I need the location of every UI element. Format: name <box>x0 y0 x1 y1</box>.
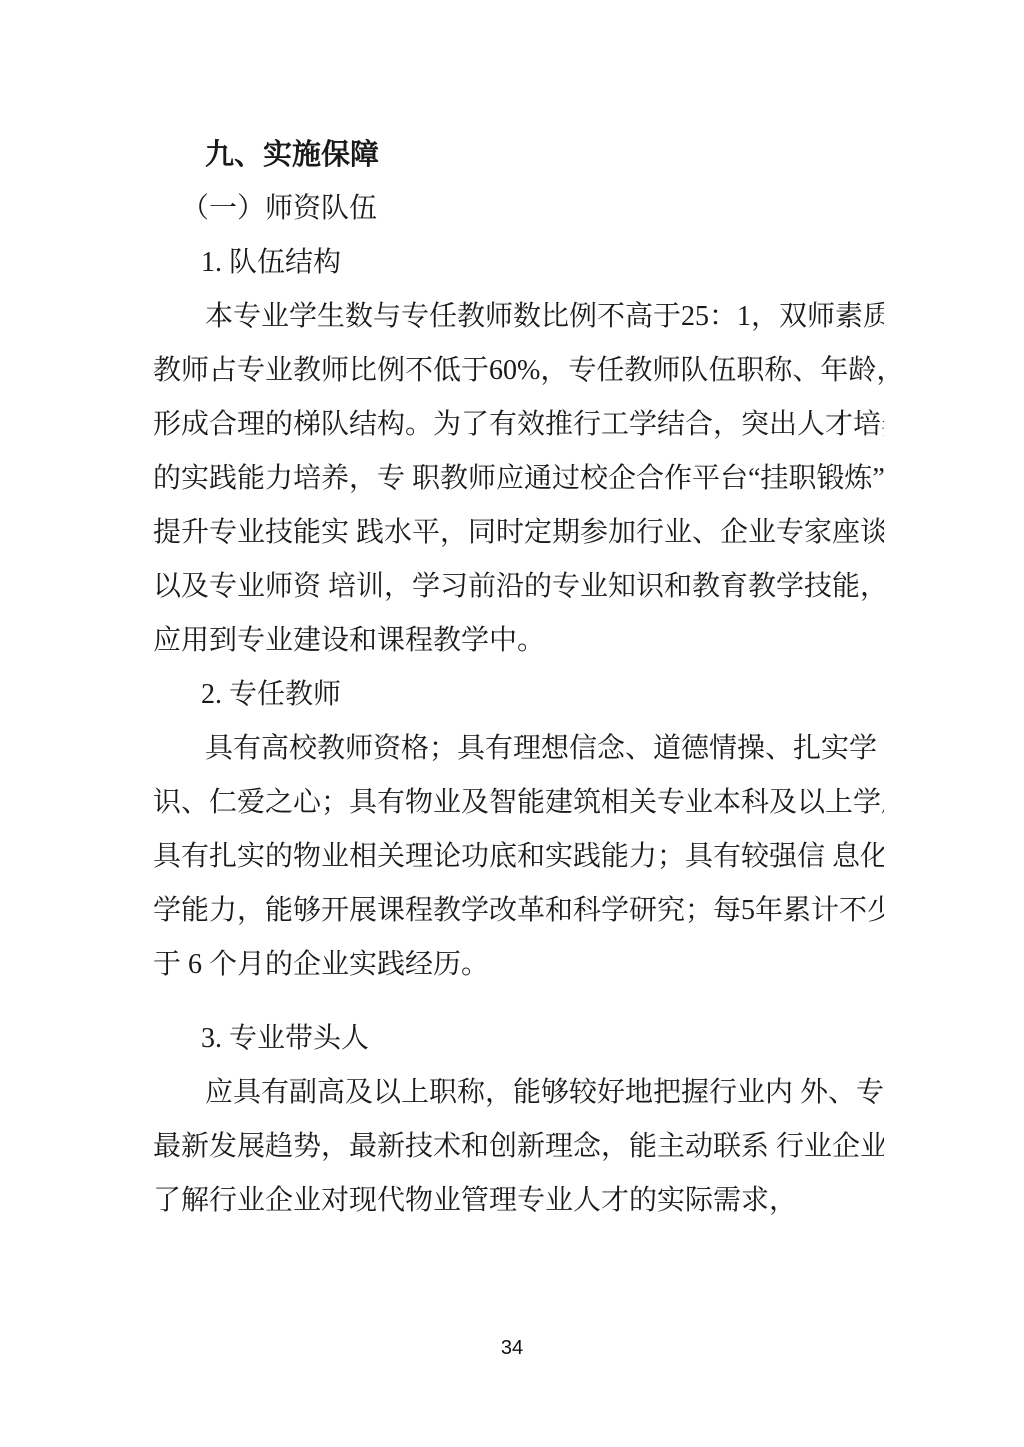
section-heading: 九、实施保障 <box>153 128 884 182</box>
text-line: 应具有副高及以上职称，能够较好地把握行业内 外、专业 <box>153 1066 884 1120</box>
text-line: 应用到专业建设和课程教学中。 <box>153 614 884 668</box>
text-line: 具有扎实的物业相关理论功底和实践能力；具有较强信 息化教 <box>153 830 884 884</box>
section-heading: （一）师资队伍 <box>153 182 884 236</box>
text-line: 了解行业企业对现代物业管理专业人才的实际需求， <box>153 1174 884 1228</box>
text-line: 的实践能力培养，专 职教师应通过校企合作平台“挂职锻炼”， <box>153 452 884 506</box>
page-number: 34 <box>0 1336 1024 1360</box>
text-line: 本专业学生数与专任教师数比例不高于25：1，双师素质 <box>153 290 884 344</box>
text-line: 教师占专业教师比例不低于60%，专任教师队伍职称、年龄， <box>153 344 884 398</box>
text-line: 于 6 个月的企业实践经历。 <box>153 938 884 992</box>
text-line: 具有高校教师资格；具有理想信念、道德情操、扎实学 <box>153 722 884 776</box>
text-line: 最新发展趋势，最新技术和创新理念，能主动联系 行业企业， <box>153 1120 884 1174</box>
text-line: 以及专业师资 培训，学习前沿的专业知识和教育教学技能，并 <box>153 560 884 614</box>
paragraph: 具有高校教师资格；具有理想信念、道德情操、扎实学识、仁爱之心；具有物业及智能建筑… <box>153 722 884 992</box>
text-line: 形成合理的梯队结构。为了有效推行工学结合，突出人才培养 <box>153 398 884 452</box>
paragraph: 应具有副高及以上职称，能够较好地把握行业内 外、专业最新发展趋势，最新技术和创新… <box>153 1066 884 1228</box>
section-heading: 3. 专业带头人 <box>153 1012 884 1066</box>
page-body: 九、实施保障（一）师资队伍1. 队伍结构本专业学生数与专任教师数比例不高于25：… <box>153 128 884 1228</box>
text-line: 识、仁爱之心；具有物业及智能建筑相关专业本科及以上学历； <box>153 776 884 830</box>
document-page: 九、实施保障（一）师资队伍1. 队伍结构本专业学生数与专任教师数比例不高于25：… <box>0 0 1024 1447</box>
text-line: 提升专业技能实 践水平，同时定期参加行业、企业专家座谈会 <box>153 506 884 560</box>
paragraph: 本专业学生数与专任教师数比例不高于25：1，双师素质教师占专业教师比例不低于60… <box>153 290 884 668</box>
section-heading: 2. 专任教师 <box>153 668 884 722</box>
text-line: 学能力，能够开展课程教学改革和科学研究；每5年累计不少 <box>153 884 884 938</box>
section-heading: 1. 队伍结构 <box>153 236 884 290</box>
